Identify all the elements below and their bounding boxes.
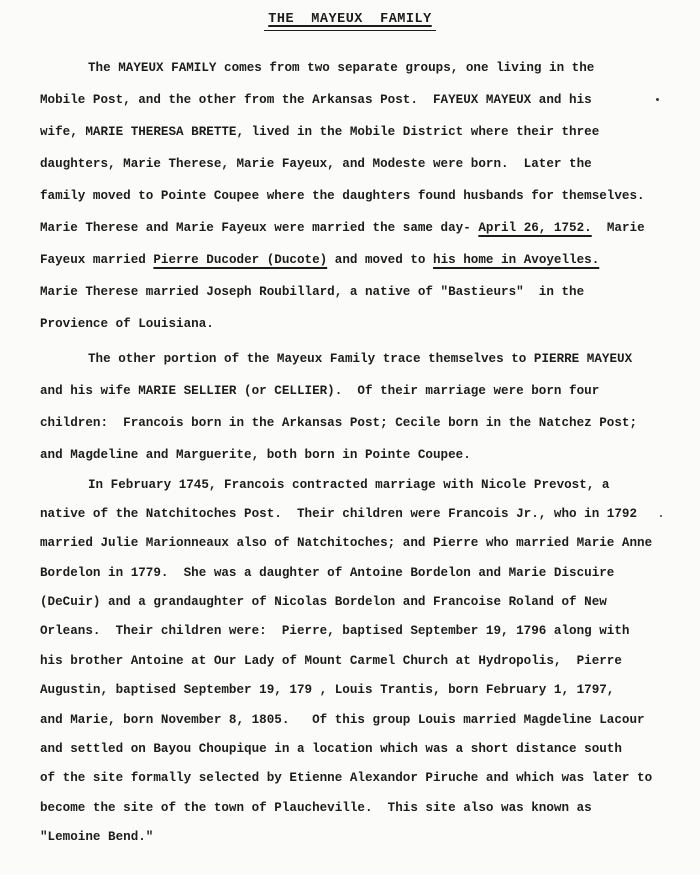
text-segment: Marie	[592, 221, 645, 235]
text-line: wife, MARIE THERESA BRETTE, lived in the…	[40, 116, 662, 148]
text-segment: become the site of the town of Plauchevi…	[40, 801, 592, 815]
text-segment: In February 1745, Francois contracted ma…	[88, 478, 609, 492]
text-segment: Augustin, baptised September 19, 179 , L…	[40, 683, 614, 697]
text-line: (DeCuir) and a grandaughter of Nicolas B…	[40, 588, 662, 617]
text-line: In February 1745, Francois contracted ma…	[40, 471, 662, 500]
text-line: Marie Therese and Marie Fayeux were marr…	[40, 212, 662, 244]
text-line: become the site of the town of Plauchevi…	[40, 794, 662, 823]
text-line: family moved to Pointe Coupee where the …	[40, 180, 662, 212]
text-segment: of the site formally selected by Etienne…	[40, 771, 652, 785]
text-segment: (DeCuir) and a grandaughter of Nicolas B…	[40, 595, 607, 609]
scan-speck	[656, 98, 659, 101]
text-segment: and moved to	[327, 253, 433, 267]
text-line: his brother Antoine at Our Lady of Mount…	[40, 647, 662, 676]
document-page: THE MAYEUX FAMILY The MAYEUX FAMILY come…	[0, 0, 700, 875]
text-line: of the site formally selected by Etienne…	[40, 764, 662, 793]
text-segment: Mobile Post, and the other from the Arka…	[40, 93, 592, 107]
text-line: Fayeux married Pierre Ducoder (Ducote) a…	[40, 244, 662, 276]
text-line: Provience of Louisiana.	[40, 308, 662, 340]
text-segment: children: Francois born in the Arkansas …	[40, 416, 637, 430]
text-segment: and Marie, born November 8, 1805. Of thi…	[40, 713, 645, 727]
text-segment: and settled on Bayou Choupique in a loca…	[40, 742, 622, 756]
text-line: and settled on Bayou Choupique in a loca…	[40, 735, 662, 764]
text-line: The other portion of the Mayeux Family t…	[40, 343, 662, 375]
paragraph: The MAYEUX FAMILY comes from two separat…	[40, 52, 662, 340]
text-segment: The other portion of the Mayeux Family t…	[88, 352, 632, 366]
text-segment: native of the Natchitoches Post. Their c…	[40, 507, 637, 521]
text-segment: Provience of Louisiana.	[40, 317, 214, 331]
text-line: daughters, Marie Therese, Marie Fayeux, …	[40, 148, 662, 180]
text-segment: Fayeux married	[40, 253, 153, 267]
text-line: and his wife MARIE SELLIER (or CELLIER).…	[40, 375, 662, 407]
scan-speck	[660, 515, 662, 517]
text-line: "Lemoine Bend."	[40, 823, 662, 852]
text-segment: "Lemoine Bend."	[40, 830, 153, 844]
text-segment: Bordelon in 1779. She was a daughter of …	[40, 566, 614, 580]
underlined-phrase: April 26, 1752.	[478, 221, 591, 235]
text-segment: his brother Antoine at Our Lady of Mount…	[40, 654, 622, 668]
text-line: and Magdeline and Marguerite, both born …	[40, 439, 662, 471]
text-line: Orleans. Their children were: Pierre, ba…	[40, 617, 662, 646]
underlined-phrase: his home in Avoyelles.	[433, 253, 599, 267]
title-row: THE MAYEUX FAMILY	[0, 0, 700, 31]
underlined-phrase: Pierre Ducoder (Ducote)	[153, 253, 327, 267]
text-segment: family moved to Pointe Coupee where the …	[40, 189, 645, 203]
text-segment: Orleans. Their children were: Pierre, ba…	[40, 624, 629, 638]
text-segment: and his wife MARIE SELLIER (or CELLIER).…	[40, 384, 599, 398]
text-line: Bordelon in 1779. She was a daughter of …	[40, 559, 662, 588]
text-segment: married Julie Marionneaux also of Natchi…	[40, 536, 652, 550]
document-body: The MAYEUX FAMILY comes from two separat…	[40, 52, 662, 853]
text-line: Marie Therese married Joseph Roubillard,…	[40, 276, 662, 308]
text-line: and Marie, born November 8, 1805. Of thi…	[40, 706, 662, 735]
text-line: children: Francois born in the Arkansas …	[40, 407, 662, 439]
text-segment: The MAYEUX FAMILY comes from two separat…	[88, 61, 594, 75]
text-line: native of the Natchitoches Post. Their c…	[40, 500, 662, 529]
paragraph: In February 1745, Francois contracted ma…	[40, 471, 662, 853]
document-title: THE MAYEUX FAMILY	[264, 12, 435, 31]
text-segment: daughters, Marie Therese, Marie Fayeux, …	[40, 157, 592, 171]
paragraph: The other portion of the Mayeux Family t…	[40, 343, 662, 471]
text-line: Mobile Post, and the other from the Arka…	[40, 84, 662, 116]
text-line: The MAYEUX FAMILY comes from two separat…	[40, 52, 662, 84]
text-segment: Marie Therese married Joseph Roubillard,…	[40, 285, 584, 299]
text-line: married Julie Marionneaux also of Natchi…	[40, 529, 662, 558]
text-line: Augustin, baptised September 19, 179 , L…	[40, 676, 662, 705]
text-segment: wife, MARIE THERESA BRETTE, lived in the…	[40, 125, 599, 139]
text-segment: and Magdeline and Marguerite, both born …	[40, 448, 471, 462]
text-segment: Marie Therese and Marie Fayeux were marr…	[40, 221, 478, 235]
